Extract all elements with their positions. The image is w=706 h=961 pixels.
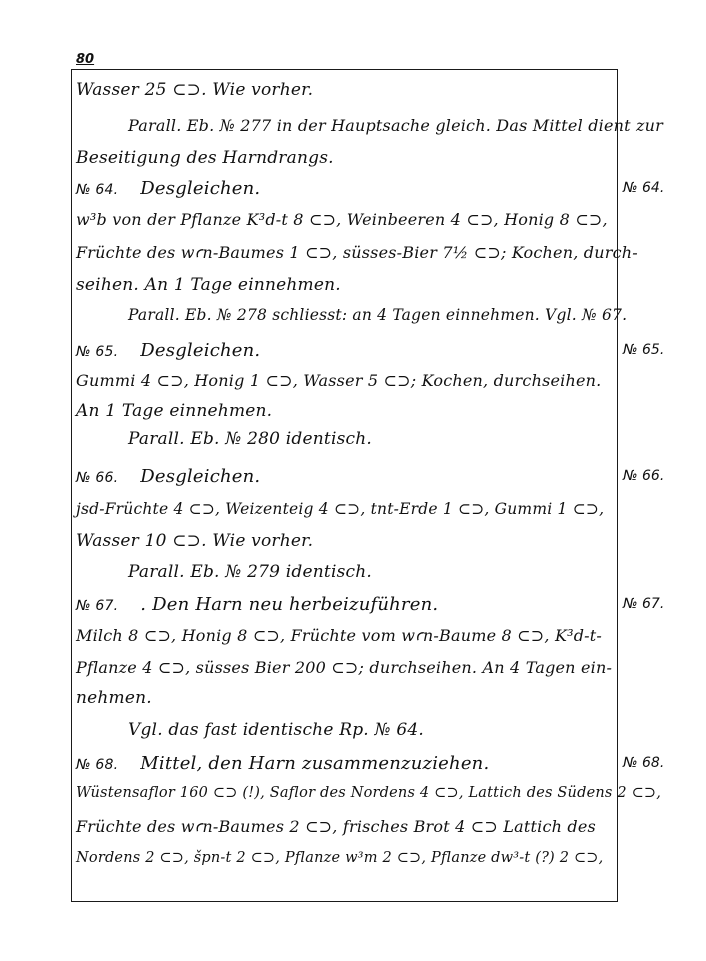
recipe-title: Desgleichen. xyxy=(140,178,260,199)
margin-note-66: № 66. xyxy=(623,468,664,484)
text-line: Nordens 2 ⊂⊃, špn-t 2 ⊂⊃, Pflanze w³m 2 … xyxy=(76,850,603,866)
text-line: Wüstensaflor 160 ⊂⊃ (!), Saflor des Nord… xyxy=(76,785,661,801)
text-line: Wasser 25 ⊂⊃. Wie vorher. xyxy=(76,80,313,100)
text-line: Früchte des wꜥn-Baumes 1 ⊂⊃, süsses-Bier… xyxy=(76,243,638,262)
margin-note-64: № 64. xyxy=(623,180,664,196)
parallel-note: Parall. Eb. № 277 in der Hauptsache glei… xyxy=(128,116,663,135)
page-number: 80 xyxy=(76,52,94,67)
margin-note-67: № 67. xyxy=(623,596,664,612)
parallel-note: Parall. Eb. № 278 schliesst: an 4 Tagen … xyxy=(128,306,627,324)
comparison-note: Vgl. das fast identische Rp. № 64. xyxy=(128,720,424,740)
text-line: jsd-Früchte 4 ⊂⊃, Weizenteig 4 ⊂⊃, tnt-E… xyxy=(76,500,604,518)
recipe-number: № 67. xyxy=(76,598,118,614)
recipe-heading-65: № 65.Desgleichen. xyxy=(76,340,260,361)
text-line: An 1 Tage einnehmen. xyxy=(76,401,272,421)
recipe-title: Mittel, den Harn zusammenzuziehen. xyxy=(140,753,489,774)
recipe-title: Desgleichen. xyxy=(140,340,260,361)
recipe-number: № 64. xyxy=(76,182,118,198)
recipe-heading-66: № 66.Desgleichen. xyxy=(76,466,260,487)
recipe-number: № 66. xyxy=(76,470,118,486)
text-line: Milch 8 ⊂⊃, Honig 8 ⊂⊃, Früchte vom wꜥn-… xyxy=(76,626,602,645)
parallel-note: Parall. Eb. № 280 identisch. xyxy=(128,429,372,449)
text-line: Früchte des wꜥn-Baumes 2 ⊂⊃, frisches Br… xyxy=(76,817,596,836)
margin-note-68: № 68. xyxy=(623,755,664,771)
text-line: seihen. An 1 Tage einnehmen. xyxy=(76,275,341,295)
recipe-title: Desgleichen. xyxy=(140,466,260,487)
text-line: nehmen. xyxy=(76,688,152,708)
text-line: Pflanze 4 ⊂⊃, süsses Bier 200 ⊂⊃; durchs… xyxy=(76,658,612,677)
text-line: Beseitigung des Harndrangs. xyxy=(76,148,334,168)
recipe-heading-68: № 68.Mittel, den Harn zusammenzuziehen. xyxy=(76,753,489,774)
recipe-number: № 65. xyxy=(76,344,118,360)
text-line: Gummi 4 ⊂⊃, Honig 1 ⊂⊃, Wasser 5 ⊂⊃; Koc… xyxy=(76,371,601,390)
parallel-note: Parall. Eb. № 279 identisch. xyxy=(128,562,372,582)
recipe-title: . Den Harn neu herbeizuführen. xyxy=(140,594,438,615)
text-line: w³b von der Pflanze K³d-t 8 ⊂⊃, Weinbeer… xyxy=(76,210,608,229)
recipe-number: № 68. xyxy=(76,757,118,773)
recipe-heading-64: № 64.Desgleichen. xyxy=(76,178,260,199)
margin-note-65: № 65. xyxy=(623,342,664,358)
text-line: Wasser 10 ⊂⊃. Wie vorher. xyxy=(76,531,313,551)
recipe-heading-67: № 67.. Den Harn neu herbeizuführen. xyxy=(76,594,438,615)
